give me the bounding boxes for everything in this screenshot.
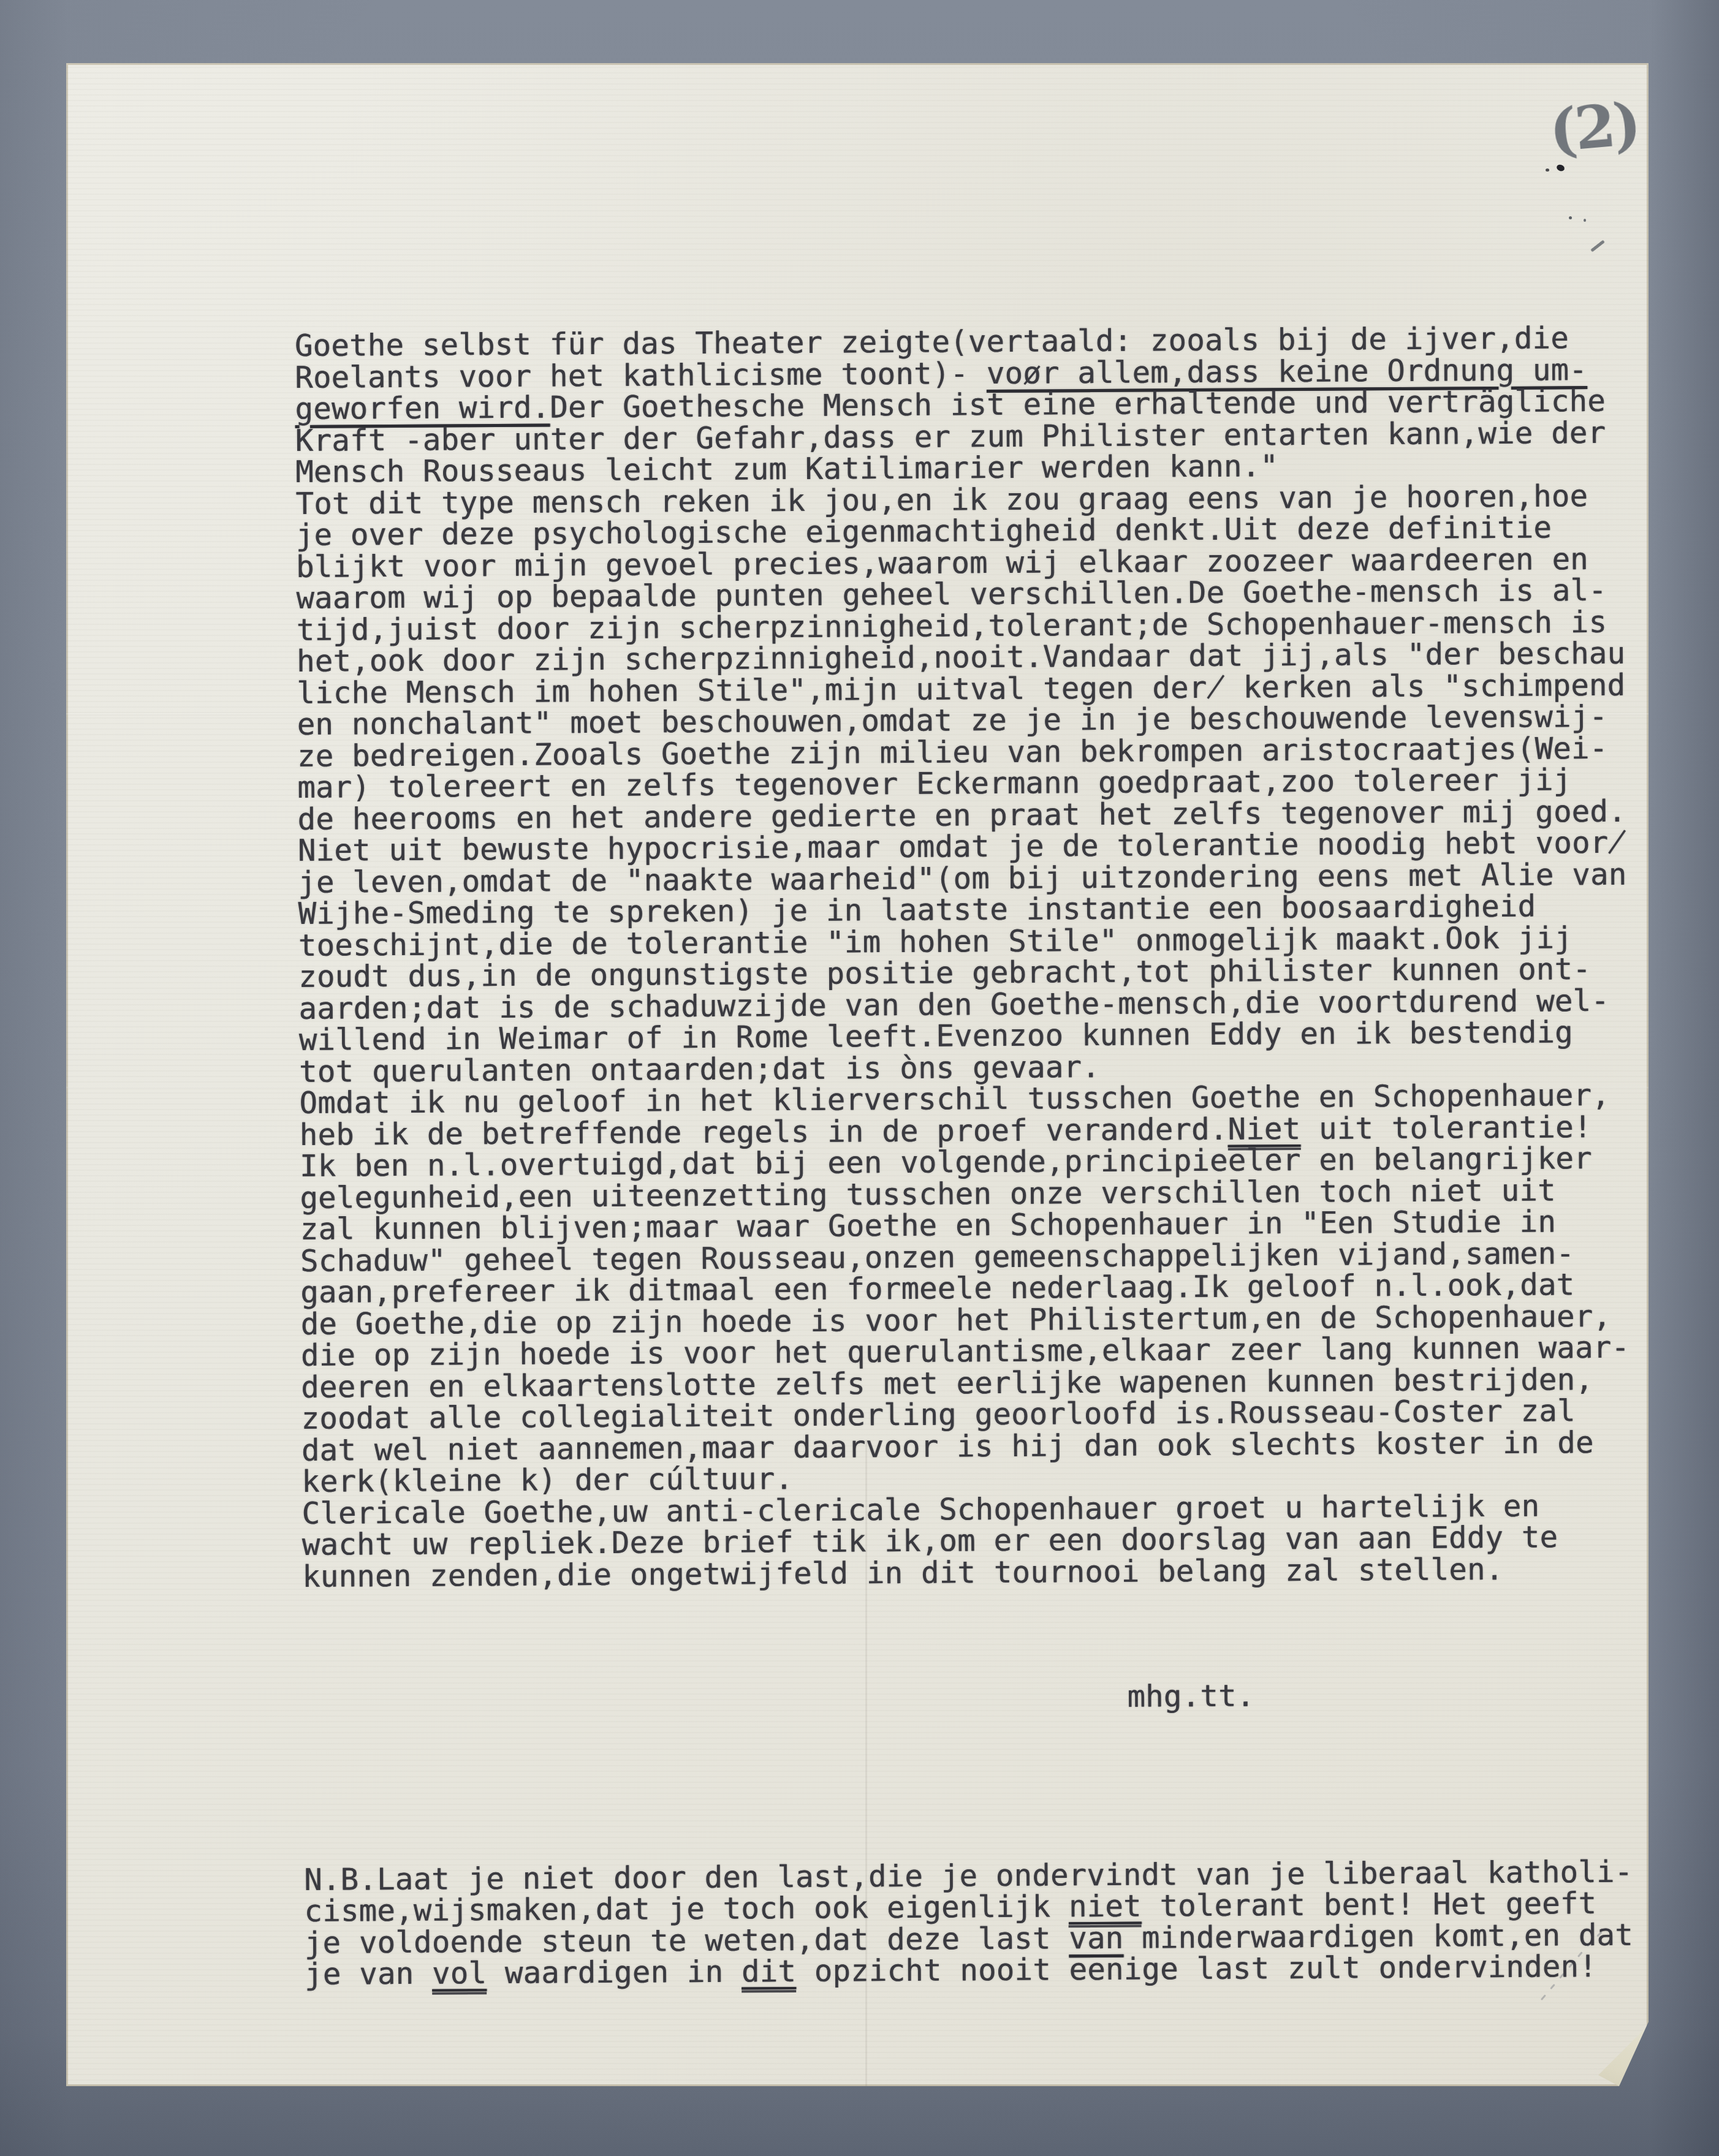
letter-page: (2) Goethe selbst für das Theater zeigte… xyxy=(66,63,1649,2086)
postscript: N.B.Laat je niet door den last,die je on… xyxy=(304,1856,1633,1990)
ink-speck xyxy=(1584,219,1586,222)
ink-speck xyxy=(1556,164,1566,172)
ink-speck xyxy=(1569,216,1572,219)
pencil-tick-mark xyxy=(1590,240,1605,252)
text-line: je van vol waardigen in dit opzicht nooi… xyxy=(305,1951,1633,1991)
typewritten-text: Goethe selbst für das Theater zeigte(ver… xyxy=(294,259,1634,2054)
scanned-letter-photo: { "document": { "pencil_page_number": "(… xyxy=(0,0,1719,2156)
signature: mhg.tt. xyxy=(303,1678,1631,1718)
pencil-page-number: (2) xyxy=(1546,89,1641,165)
letter-body: Goethe selbst für das Theater zeigte(ver… xyxy=(295,322,1631,1592)
text-line: kunnen zenden,die ongetwijfeld in dit to… xyxy=(302,1553,1631,1592)
ink-speck xyxy=(1546,168,1549,172)
text-line: dat wel niet aannemen,maar daarvoor is h… xyxy=(302,1426,1630,1466)
